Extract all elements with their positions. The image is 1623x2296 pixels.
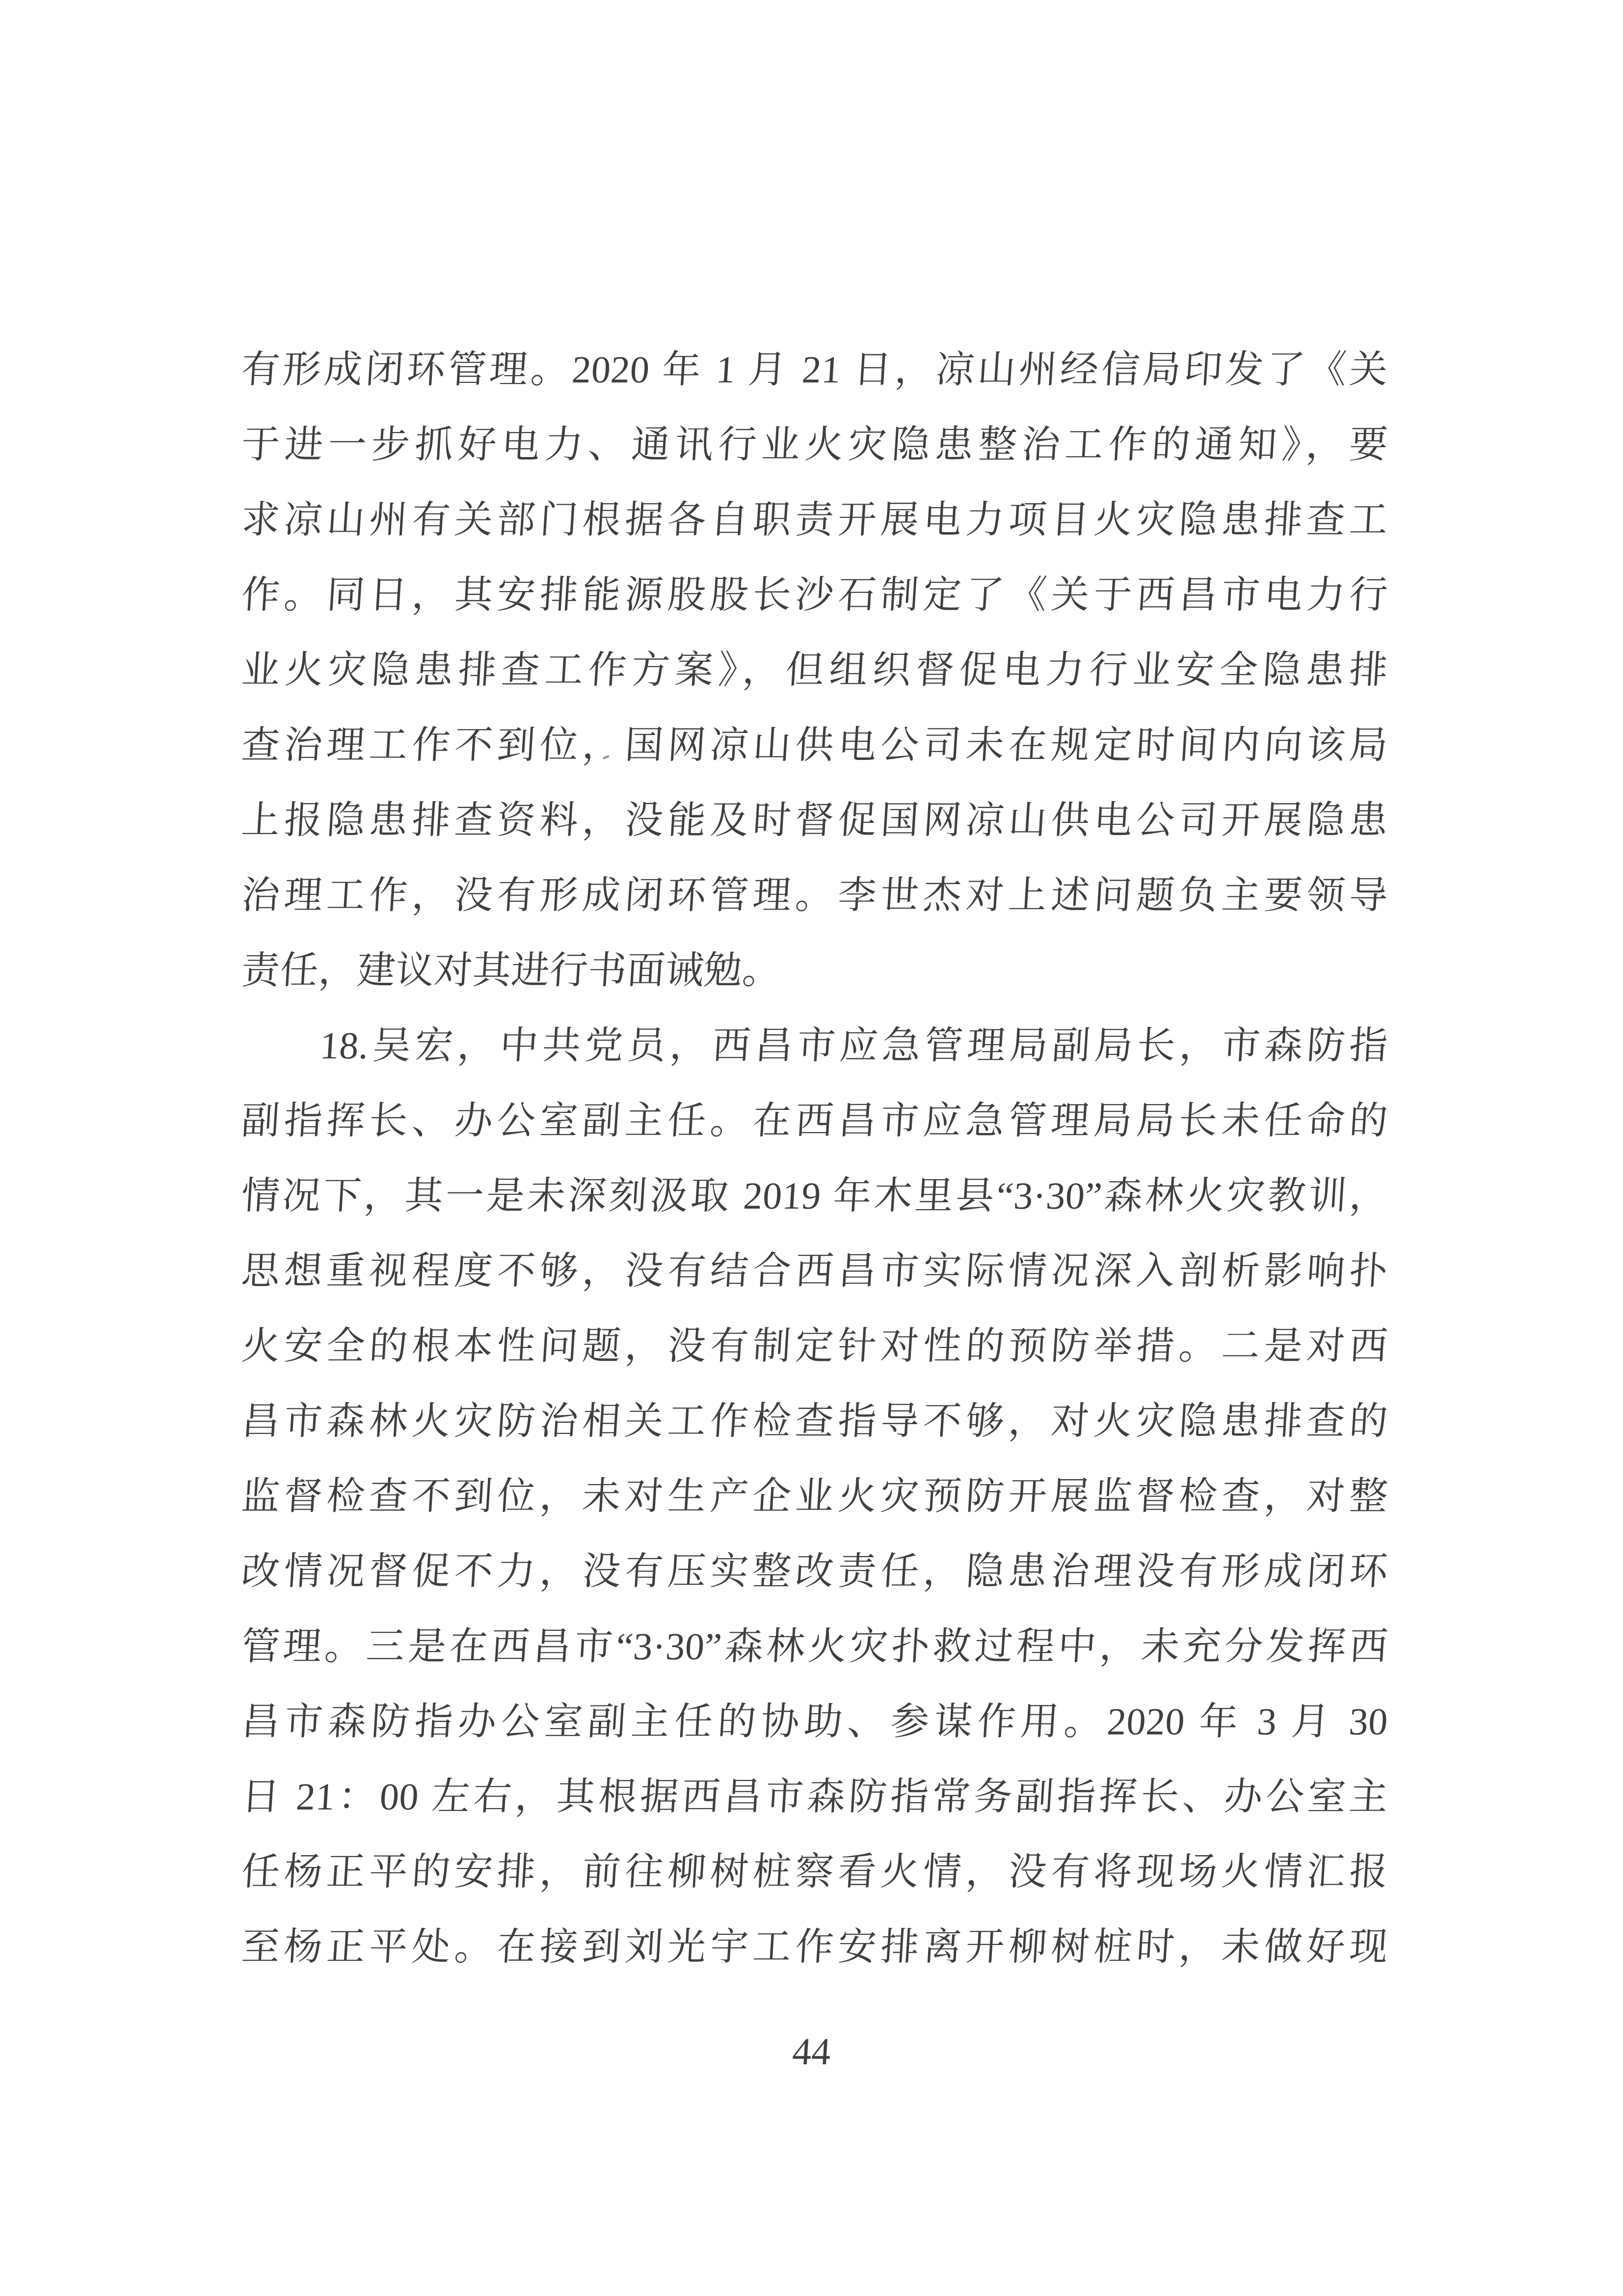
text-line: 昌市森防指办公室副主任的协助、参谋作用。2020 年 3 月 30 [239, 1684, 1390, 1759]
scanned-document-page: 有形成闭环管理。2020 年 1 月 21 日，凉山州经信局印发了《关于进一步抓… [0, 0, 1623, 2296]
text-line: 作。同日，其安排能源股股长沙石制定了《关于西昌市电力行 [239, 557, 1390, 632]
text-line: 管理。三是在西昌市“3·30”森林火灾扑救过程中，未充分发挥西 [239, 1609, 1390, 1684]
text-line: 上报隐患排查资料，没能及时督促国网凉山供电公司开展隐患 [239, 783, 1390, 858]
text-line: 至杨正平处。在接到刘光宇工作安排离开柳树桩时，未做好现 [239, 1909, 1390, 1984]
text-line: 有形成闭环管理。2020 年 1 月 21 日，凉山州经信局印发了《关 [239, 332, 1390, 407]
text-line: 求凉山州有关部门根据各自职责开展电力项目火灾隐患排查工 [239, 482, 1390, 557]
page-number: 44 [0, 2032, 1623, 2071]
text-line: 任杨正平的安排，前往柳树桩察看火情，没有将现场火情汇报 [239, 1834, 1390, 1909]
text-line: 副指挥长、办公室副主任。在西昌市应急管理局局长未任命的 [239, 1083, 1390, 1158]
text-block: 有形成闭环管理。2020 年 1 月 21 日，凉山州经信局印发了《关于进一步抓… [241, 332, 1388, 1984]
text-line: 昌市森林火灾防治相关工作检查指导不够，对火灾隐患排查的 [239, 1383, 1390, 1459]
text-line: 于进一步抓好电力、通讯行业火灾隐患整治工作的通知》，要 [239, 407, 1390, 482]
text-line: 治理工作，没有形成闭环管理。李世杰对上述问题负主要领导 [239, 858, 1390, 933]
text-line: 责任，建议对其进行书面诫勉。 [239, 933, 1390, 1008]
text-line: 查治理工作不到位，国网凉山供电公司未在规定时间内向该局 [239, 707, 1390, 783]
text-line: 情况下，其一是未深刻汲取 2019 年木里县“3·30”森林火灾教训， [239, 1158, 1390, 1233]
text-line: 火安全的根本性问题，没有制定针对性的预防举措。二是对西 [239, 1308, 1390, 1383]
text-line: 18.吴宏，中共党员，西昌市应急管理局副局长，市森防指 [239, 1008, 1390, 1083]
text-line: 日 21：00 左右，其根据西昌市森防指常务副指挥长、办公室主 [239, 1759, 1390, 1834]
text-line: 改情况督促不力，没有压实整改责任，隐患治理没有形成闭环 [239, 1534, 1390, 1609]
text-line: 监督检查不到位，未对生产企业火灾预防开展监督检查，对整 [239, 1459, 1390, 1534]
text-line: 业火灾隐患排查工作方案》，但组织督促电力行业安全隐患排 [239, 632, 1390, 707]
text-line: 思想重视程度不够，没有结合西昌市实际情况深入剖析影响扑 [239, 1233, 1390, 1308]
